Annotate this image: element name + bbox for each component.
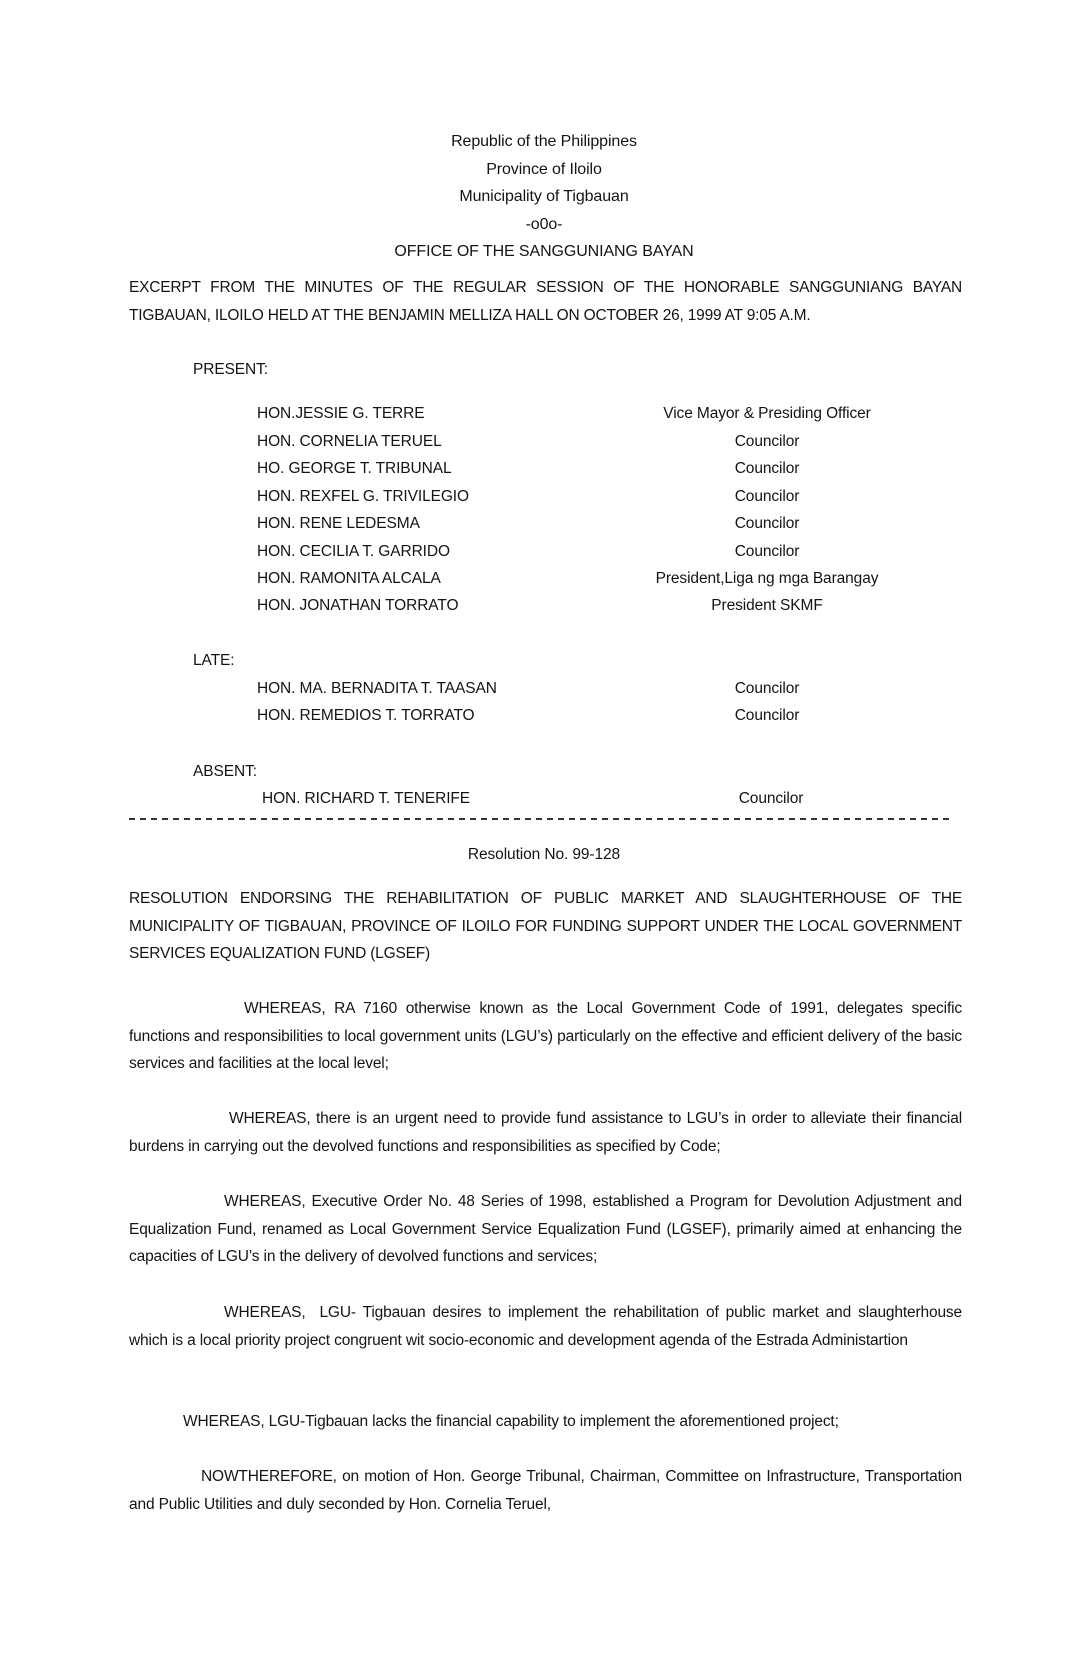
member-role: Councilor bbox=[600, 433, 934, 451]
member-role: Vice Mayor & Presiding Officer bbox=[600, 405, 934, 423]
member-name: HON.JESSIE G. TERRE bbox=[257, 405, 425, 423]
dashed-divider bbox=[129, 818, 949, 820]
resolution-number: Resolution No. 99-128 bbox=[0, 846, 1088, 864]
member-name: HON. MA. BERNADITA T. TAASAN bbox=[257, 680, 497, 698]
member-role: Councilor bbox=[600, 460, 934, 478]
whereas-paragraph-1: WHEREAS, RA 7160 otherwise known as the … bbox=[129, 995, 962, 1078]
whereas-paragraph-4: WHEREAS, LGU- Tigbauan desires to implem… bbox=[129, 1299, 962, 1354]
member-role: Councilor bbox=[600, 488, 934, 506]
member-role: Councilor bbox=[600, 680, 934, 698]
member-name: HON. RICHARD T. TENERIFE bbox=[262, 790, 470, 808]
header-municipality: Municipality of Tigbauan bbox=[0, 188, 1088, 206]
header-ornament: -o0o- bbox=[0, 216, 1088, 234]
document-page: Republic of the Philippines Province of … bbox=[0, 0, 1088, 1664]
whereas-paragraph-5: WHEREAS, LGU-Tigbauan lacks the financia… bbox=[129, 1408, 962, 1436]
member-role: Councilor bbox=[600, 515, 934, 533]
minutes-excerpt-heading: EXCERPT FROM THE MINUTES OF THE REGULAR … bbox=[129, 274, 962, 329]
member-role: Councilor bbox=[600, 707, 934, 725]
now-therefore-paragraph: NOWTHEREFORE, on motion of Hon. George T… bbox=[129, 1463, 962, 1518]
member-role: Councilor bbox=[600, 543, 934, 561]
member-name: HON. RAMONITA ALCALA bbox=[257, 570, 441, 588]
member-name: HON. RENE LEDESMA bbox=[257, 515, 420, 533]
member-role: President SKMF bbox=[600, 597, 934, 615]
header-province: Province of Iloilo bbox=[0, 161, 1088, 179]
member-name: HON. CECILIA T. GARRIDO bbox=[257, 543, 450, 561]
late-label: LATE: bbox=[193, 652, 234, 670]
member-name: HON. JONATHAN TORRATO bbox=[257, 597, 458, 615]
member-name: HON. CORNELIA TERUEL bbox=[257, 433, 442, 451]
absent-label: ABSENT: bbox=[193, 763, 257, 781]
member-role: President,Liga ng mga Barangay bbox=[600, 570, 934, 588]
member-name: HON. REXFEL G. TRIVILEGIO bbox=[257, 488, 469, 506]
whereas-paragraph-2: WHEREAS, there is an urgent need to prov… bbox=[129, 1105, 962, 1160]
header-office: OFFICE OF THE SANGGUNIANG BAYAN bbox=[0, 243, 1088, 261]
member-name: HON. REMEDIOS T. TORRATO bbox=[257, 707, 475, 725]
member-role: Councilor bbox=[604, 790, 938, 808]
present-label: PRESENT: bbox=[193, 361, 268, 379]
member-name: HO. GEORGE T. TRIBUNAL bbox=[257, 460, 451, 478]
whereas-paragraph-3: WHEREAS, Executive Order No. 48 Series o… bbox=[129, 1188, 962, 1271]
header-republic: Republic of the Philippines bbox=[0, 133, 1088, 151]
resolution-title: RESOLUTION ENDORSING THE REHABILITATION … bbox=[129, 885, 962, 968]
